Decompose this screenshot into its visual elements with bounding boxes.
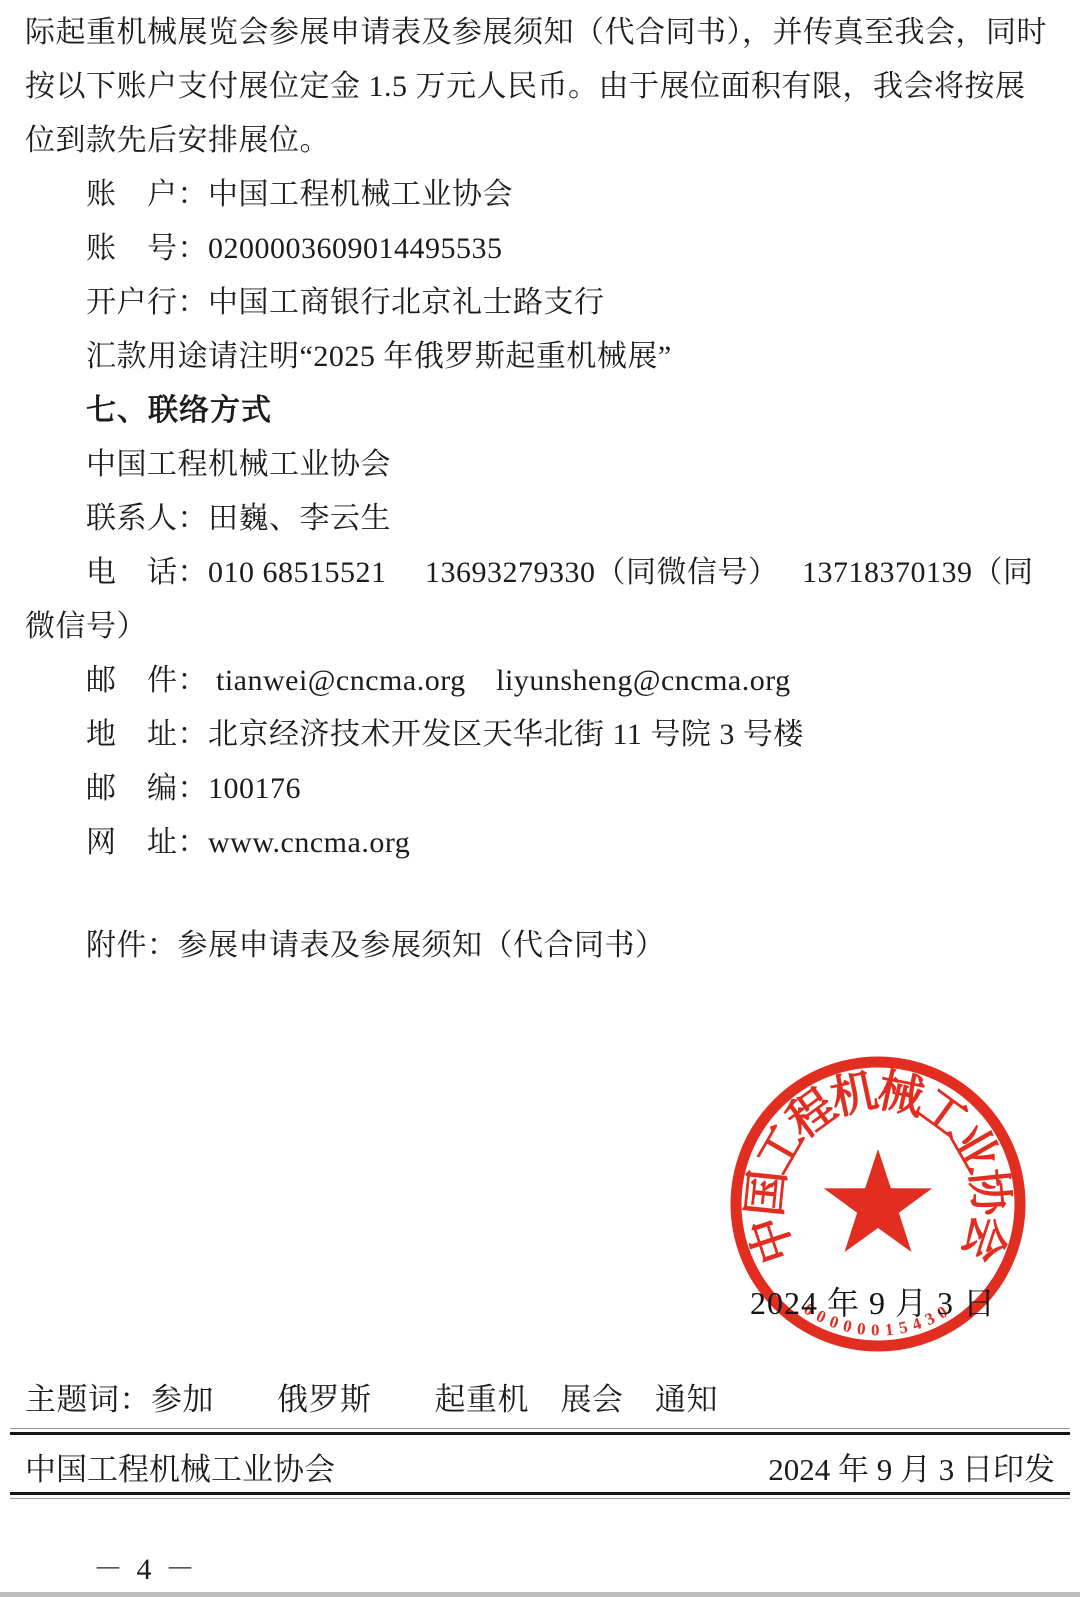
signed-date: 2024 年 9 月 3 日 xyxy=(750,1283,996,1323)
footer-divider-top xyxy=(10,1428,1070,1435)
contact-persons-line: 联系人：田巍、李云生 xyxy=(25,492,1057,546)
contact-email-line: 邮 件： tianwei@cncma.org liyunsheng@cncma.… xyxy=(25,654,1057,708)
page-number: － 4 － xyxy=(93,1548,198,1592)
intro-line: 际起重机械展览会参展申请表及参展须知（代合同书），并传真至我会，同时 xyxy=(25,6,1057,60)
bank-branch-line: 开户行：中国工商银行北京礼士路支行 xyxy=(25,276,1057,330)
contact-address-line: 地 址：北京经济技术开发区天华北街 11 号院 3 号楼 xyxy=(25,708,1057,762)
footer-print-date: 2024 年 9 月 3 日印发 xyxy=(768,1447,1055,1493)
scan-edge-line xyxy=(0,1592,1080,1597)
footer-divider-bottom xyxy=(10,1492,1070,1499)
attachment-line: 附件：参展申请表及参展须知（代合同书） xyxy=(25,919,1057,973)
contact-section-heading: 七、联络方式 xyxy=(25,384,1057,438)
footer-issuer: 中国工程机械工业协会 xyxy=(25,1447,335,1493)
bank-account-number-line: 账 号：0200003609014495535 xyxy=(25,222,1057,276)
intro-line: 位到款先后安排展位。 xyxy=(25,114,1057,168)
contact-phone-line: 电 话：010 68515521 13693279330（同微信号） 13718… xyxy=(25,546,1057,600)
remit-note-line: 汇款用途请注明“2025 年俄罗斯起重机械展” xyxy=(25,330,1057,384)
footer-row: 中国工程机械工业协会 2024 年 9 月 3 日印发 xyxy=(25,1447,1055,1493)
bank-account-name-line: 账 户：中国工程机械工业协会 xyxy=(25,168,1057,222)
intro-line: 按以下账户支付展位定金 1.5 万元人民币。由于展位面积有限，我会将按展 xyxy=(25,60,1057,114)
contact-phone-wrap-line: 微信号） xyxy=(25,600,1057,654)
keywords-line: 主题词：参加 俄罗斯 起重机 展会 通知 xyxy=(25,1374,1055,1426)
contact-org-line: 中国工程机械工业协会 xyxy=(25,438,1057,492)
seal-star-icon xyxy=(824,1149,932,1252)
contact-website-line: 网 址：www.cncma.org xyxy=(25,816,1057,870)
document-page: 际起重机械展览会参展申请表及参展须知（代合同书），并传真至我会，同时 按以下账户… xyxy=(0,0,1080,1597)
document-body: 际起重机械展览会参展申请表及参展须知（代合同书），并传真至我会，同时 按以下账户… xyxy=(25,6,1057,973)
contact-postcode-line: 邮 编：100176 xyxy=(25,762,1057,816)
